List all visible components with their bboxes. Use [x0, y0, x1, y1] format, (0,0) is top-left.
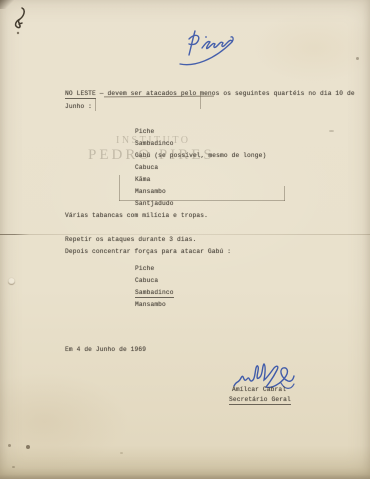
list-item: Kãma	[135, 176, 150, 183]
scanned-document-page: Pires NO LESTE — devem ser atacados pelo…	[0, 0, 370, 479]
list-item: Mansambo	[135, 301, 166, 308]
pencil-bracket-right	[284, 186, 285, 201]
list-item-underlined: Sambadinco	[135, 289, 174, 298]
paper-speck	[12, 466, 15, 468]
list-item: Piche	[135, 265, 154, 272]
note-tabancas: Várias tabancas com milícia e tropas.	[65, 212, 208, 219]
handwritten-pires-note: Pires	[176, 26, 238, 68]
paper-speck	[26, 445, 30, 449]
paper-speck	[329, 130, 334, 132]
ink-blot-mark	[10, 6, 38, 40]
pencil-tick	[200, 91, 201, 109]
list-item: Mansambo	[135, 188, 166, 195]
list-item: Cabuca	[135, 277, 158, 284]
list-item: Sambadinco	[135, 289, 174, 296]
signature-title-text: Secretário Geral	[229, 396, 291, 405]
list-item: Santjadudo	[135, 200, 174, 207]
heading-label: NO LESTE	[65, 90, 96, 99]
heading-line-2: Junho :	[65, 103, 92, 110]
list-item: Sambadinco	[135, 140, 174, 147]
fold-crease	[0, 234, 370, 235]
pencil-tick	[95, 99, 96, 111]
pencil-bracket-bottom	[119, 200, 285, 201]
list-item: Gabú (se possível, mesmo de longe)	[135, 152, 266, 159]
paper-speck	[356, 57, 359, 60]
date-line: Em 4 de Junho de 1969	[65, 346, 146, 353]
paper-speck	[120, 452, 123, 454]
punch-hole	[8, 278, 15, 285]
list-item: Cabuca	[135, 164, 158, 171]
pencil-bracket-left	[119, 175, 120, 201]
pencil-strikethrough	[104, 96, 214, 98]
list-item: Piche	[135, 128, 154, 135]
signature-name: Amílcar Cabral	[232, 386, 286, 393]
paragraph-repeat-attacks: Repetir os ataques durante 3 dias.	[65, 236, 196, 243]
signature-title: Secretário Geral	[229, 396, 291, 403]
paper-speck	[8, 444, 11, 447]
paragraph-concentrate-forces: Depois concentrar forças para atacar Gab…	[65, 248, 231, 255]
